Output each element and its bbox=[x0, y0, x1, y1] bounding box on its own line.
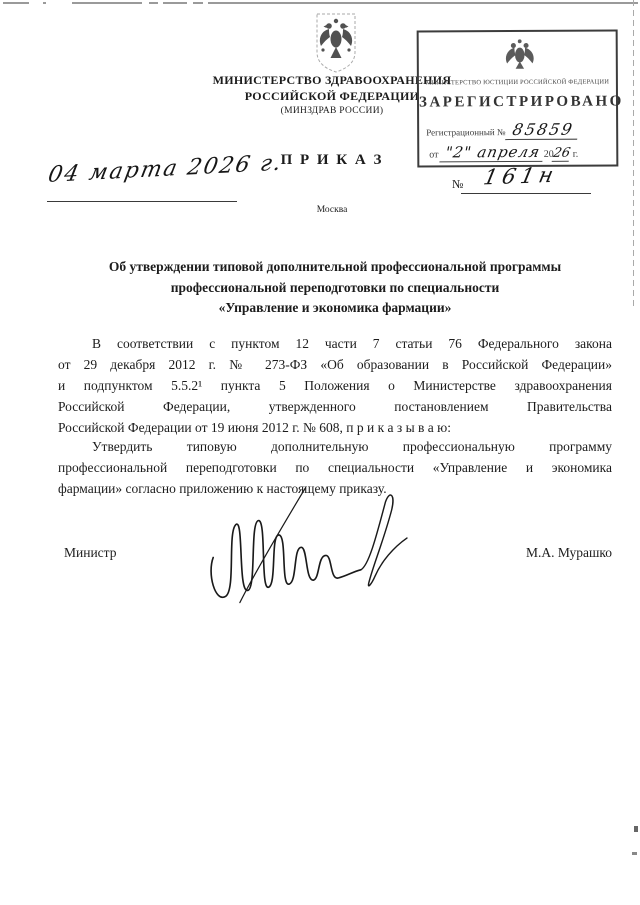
scanned-order-document: МИНИСТЕРСТВО ЗДРАВООХРАНЕНИЯ РОССИЙСКОЙ … bbox=[0, 0, 640, 905]
city-label: Москва bbox=[132, 205, 532, 215]
scan-artifact-edge bbox=[633, 0, 634, 310]
body-text-line: Российской Федерации от 19 июня 2012 г. … bbox=[58, 417, 612, 438]
handwritten-date: 04 марта 2026 г. bbox=[46, 150, 285, 188]
order-title-line: Об утверждении типовой дополнительной пр… bbox=[58, 257, 612, 278]
scan-artifact-dash bbox=[3, 2, 29, 4]
body-text-line: профессиональной переподготовки по специ… bbox=[58, 457, 612, 478]
order-title-line: «Управление и экономика фармации» bbox=[58, 298, 612, 319]
justice-registration-stamp: МИНИСТЕРСТВО ЮСТИЦИИ РОССИЙСКОЙ ФЕДЕРАЦИ… bbox=[417, 29, 619, 167]
scan-artifact-dash bbox=[163, 2, 187, 4]
scan-artifact-dash bbox=[149, 2, 158, 4]
stamp-reg-number-label: Регистрационный № bbox=[426, 127, 505, 137]
body-text-line: Российской Федерации, утвержденного пост… bbox=[58, 396, 612, 417]
scan-artifact-dash bbox=[72, 2, 142, 4]
order-title: Об утверждении типовой дополнительной пр… bbox=[58, 257, 612, 319]
scan-artifact-tick bbox=[634, 826, 638, 832]
scan-artifact-dash bbox=[193, 2, 203, 4]
stamp-date-year-value: 26 bbox=[552, 146, 572, 162]
handwritten-order-number: 161н bbox=[481, 163, 560, 190]
stamp-registered-text: ЗАРЕГИСТРИРОВАНО bbox=[419, 93, 616, 111]
stamp-ministry-justice-text: МИНИСТЕРСТВО ЮСТИЦИИ РОССИЙСКОЙ ФЕДЕРАЦИ… bbox=[419, 78, 616, 86]
number-underline bbox=[461, 193, 591, 194]
stamp-coat-of-arms-icon bbox=[501, 37, 539, 71]
stamp-date-suffix: г. bbox=[573, 149, 579, 160]
body-text-line: от 29 декабря 2012 г. № 273-ФЗ «Об образ… bbox=[58, 354, 612, 375]
scan-artifact-dash bbox=[43, 2, 46, 4]
date-underline bbox=[47, 201, 237, 202]
coat-of-arms-icon bbox=[314, 12, 358, 74]
body-text-line: и подпунктом 5.5.2¹ пункта 5 Положения о… bbox=[58, 375, 612, 396]
body-paragraph-legal-basis: В соответствии с пунктом 12 части 7 стат… bbox=[58, 333, 612, 438]
stamp-registration-number-line: Регистрационный №85859 bbox=[426, 119, 614, 140]
signer-name: М.А. Мурашко bbox=[58, 545, 612, 561]
body-text-line: Утвердить типовую дополнительную професс… bbox=[58, 436, 612, 457]
scan-artifact-line bbox=[208, 2, 638, 4]
number-label: № bbox=[452, 177, 463, 192]
stamp-reg-number-value: 85859 bbox=[505, 120, 581, 140]
scan-artifact-tick bbox=[632, 852, 637, 855]
order-title-line: профессиональной переподготовки по специ… bbox=[58, 278, 612, 299]
body-text-line: В соответствии с пунктом 12 части 7 стат… bbox=[58, 333, 612, 354]
